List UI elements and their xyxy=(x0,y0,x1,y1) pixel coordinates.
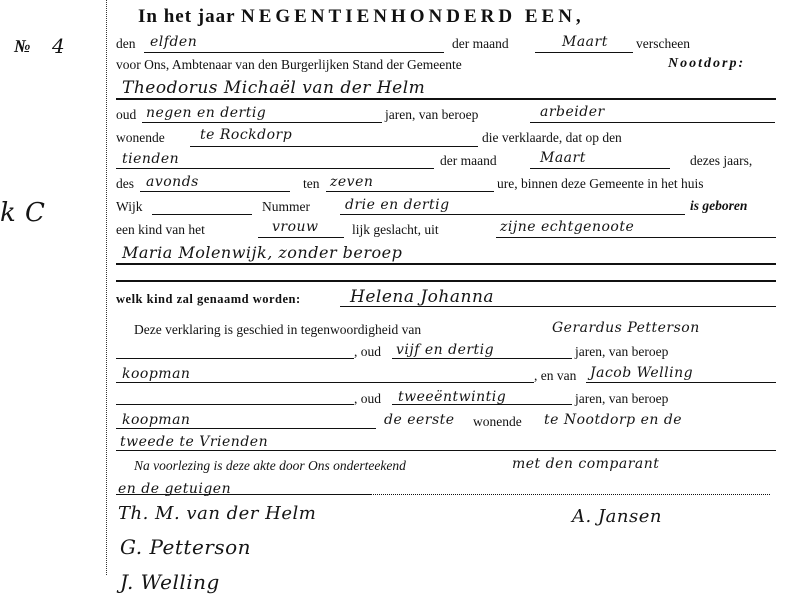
label-ambtenaar: voor Ons, Ambtenaar van den Burgerlijken… xyxy=(116,57,462,73)
title-year: NEGENTIENHONDERD EEN, xyxy=(241,6,585,27)
field-witness2-name: Jacob Welling xyxy=(590,365,693,381)
label-oud: oud xyxy=(116,107,136,123)
signature-declarant: Th. M. van der Helm xyxy=(118,503,316,524)
underline xyxy=(392,404,572,405)
field-hour: zeven xyxy=(330,174,373,190)
signature-registrar: A. Jansen xyxy=(572,506,662,527)
label-geslacht-uit: lijk geslacht, uit xyxy=(352,222,439,238)
underline xyxy=(258,237,344,238)
field-declarant-name: Theodorus Michaël van der Helm xyxy=(122,78,425,98)
field-witnesses-residence: te Nootdorp en de xyxy=(544,412,682,428)
label-welk-kind: welk kind zal genaamd worden: xyxy=(116,292,301,307)
underline xyxy=(370,494,770,495)
field-de-eerste: de eerste xyxy=(384,412,455,428)
underline xyxy=(116,168,434,169)
field-witness1-name: Gerardus Petterson xyxy=(552,320,700,336)
field-birth-month: Maart xyxy=(540,150,586,166)
field-house-number: drie en dertig xyxy=(345,197,450,213)
label-wonende: wonende xyxy=(116,130,165,146)
field-witness1-occupation: koopman xyxy=(122,366,190,382)
label-des: des xyxy=(116,176,134,192)
label-nummer: Nummer xyxy=(262,199,310,215)
field-mother-relation: zijne echtgenoote xyxy=(500,219,634,235)
underline xyxy=(142,122,382,123)
field-declarant-age: negen en dertig xyxy=(146,105,266,121)
title-prefix: In het jaar xyxy=(138,6,235,27)
label-den: den xyxy=(116,36,136,52)
underline xyxy=(392,358,572,359)
field-birth-day: tienden xyxy=(122,151,179,167)
underline xyxy=(116,382,534,383)
field-day: elfden xyxy=(150,34,197,50)
label-oud-3: , oud xyxy=(354,391,381,407)
field-declarant-residence: te Rockdorp xyxy=(200,127,292,143)
municipality-name: Nootdorp: xyxy=(668,56,745,72)
field-witness2-residence: tweede te Vrienden xyxy=(120,434,268,450)
label-kind-van-het: een kind van het xyxy=(116,222,205,238)
label-is-geboren: is geboren xyxy=(690,198,747,214)
field-time-of-day: avonds xyxy=(146,174,199,190)
label-oud-2: , oud xyxy=(354,344,381,360)
label-ten: ten xyxy=(303,176,320,192)
underline xyxy=(530,168,670,169)
label-wijk: Wijk xyxy=(116,199,142,215)
margin-note: k C xyxy=(0,198,45,228)
underline xyxy=(116,358,354,359)
field-witness1-age: vijf en dertig xyxy=(396,342,494,358)
underline xyxy=(116,404,354,405)
margin-rule xyxy=(106,0,107,575)
underline xyxy=(530,122,775,123)
underline xyxy=(340,306,776,307)
underline xyxy=(586,382,776,383)
signature-witness2: J. Welling xyxy=(120,570,220,594)
underline xyxy=(340,214,685,215)
field-sex: vrouw xyxy=(272,219,319,235)
label-en-van: , en van xyxy=(534,368,576,384)
underline xyxy=(116,450,776,451)
underline xyxy=(496,237,776,238)
underline xyxy=(190,146,478,147)
label-wonende-2: wonende xyxy=(473,414,522,430)
underline xyxy=(152,214,252,215)
underline xyxy=(116,428,376,429)
label-jaren-beroep-2: jaren, van beroep xyxy=(575,344,668,360)
label-jaren-beroep: jaren, van beroep xyxy=(385,107,478,123)
label-deze-verklaring: Deze verklaring is geschied in tegenwoor… xyxy=(134,322,421,338)
blank-line xyxy=(116,280,776,282)
underline xyxy=(144,52,444,53)
underline xyxy=(116,98,776,100)
label-verscheen: verscheen xyxy=(636,36,690,52)
field-month: Maart xyxy=(562,34,608,50)
field-child-name: Helena Johanna xyxy=(350,287,494,307)
field-witness2-occupation: koopman xyxy=(122,412,190,428)
field-signatories-1: met den comparant xyxy=(512,456,659,472)
label-der-maand: der maand xyxy=(452,36,509,52)
label-verklaarde: die verklaarde, dat op den xyxy=(482,130,622,146)
record-number-label: № xyxy=(14,36,30,57)
field-declarant-occupation: arbeider xyxy=(540,104,605,120)
underline xyxy=(326,191,494,192)
label-jaren-beroep-3: jaren, van beroep xyxy=(575,391,668,407)
underline xyxy=(535,52,633,53)
field-mother-name: Maria Molenwijk, zonder beroep xyxy=(122,243,402,262)
underline xyxy=(140,191,290,192)
underline xyxy=(116,263,776,265)
label-dezes-jaars: dezes jaars, xyxy=(690,153,752,169)
label-na-voorlezing: Na voorlezing is deze akte door Ons onde… xyxy=(134,458,406,474)
label-der-maand-2: der maand xyxy=(440,153,497,169)
document-title: In het jaar NEGENTIENHONDERD EEN, xyxy=(138,6,585,28)
label-ure-huis: ure, binnen deze Gemeente in het huis xyxy=(497,176,704,192)
record-number-value: 4 xyxy=(52,34,65,58)
underline xyxy=(116,494,370,495)
field-witness2-age: tweeëntwintig xyxy=(398,389,506,405)
signature-witness1: G. Petterson xyxy=(120,535,251,559)
